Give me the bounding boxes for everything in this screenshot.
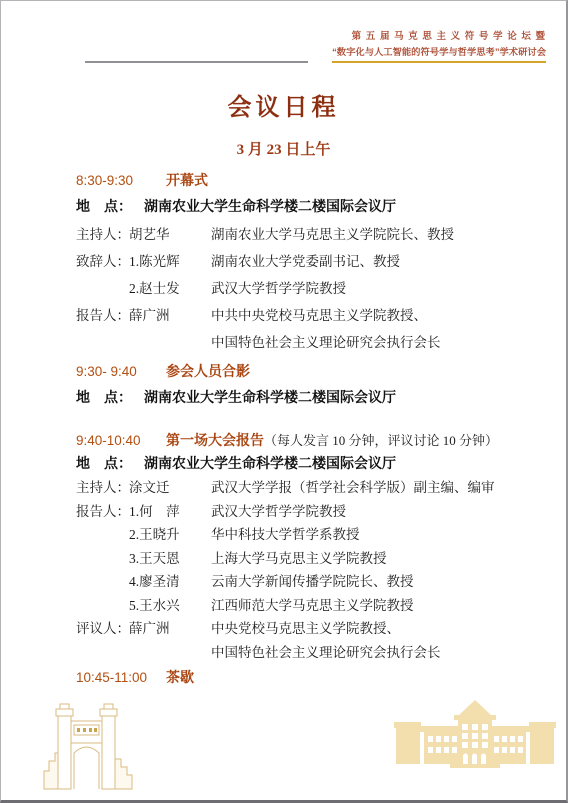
role-label (76, 329, 129, 356)
session-block: 9:30- 9:40参会人员合影地 点：湖南农业大学生命科学楼二楼国际会议厅 (76, 358, 546, 412)
location-label: 地 点： (76, 453, 144, 477)
role-label: 评议人： (76, 617, 129, 641)
page-title: 会议日程 (1, 87, 566, 122)
document-page: 第 五 届 马 克 思 主 义 符 号 学 论 坛 暨 “数字化与人工智能的符号… (0, 0, 568, 803)
person-row: 3.王天恩上海大学马克思主义学院教授 (76, 547, 546, 571)
session-header: 9:30- 9:40参会人员合影 (76, 358, 546, 385)
person-name: 1.陈光辉 (129, 248, 211, 275)
location-label: 地 点： (76, 194, 144, 221)
person-row: 5.王水兴江西师范大学马克思主义学院教授 (76, 594, 546, 618)
person-desc: 江西师范大学马克思主义学院教授 (211, 594, 546, 618)
person-name: 2.王晓升 (129, 523, 211, 547)
session-time: 10:45-11:00 (76, 664, 166, 691)
person-row: 中国特色社会主义理论研究会执行会长 (76, 641, 546, 665)
role-label (76, 275, 129, 302)
role-label: 报告人： (76, 500, 129, 524)
person-row: 评议人：薛广洲中央党校马克思主义学院教授、 (76, 617, 546, 641)
person-desc: 中央党校马克思主义学院教授、 (211, 617, 546, 641)
role-label (76, 594, 129, 618)
person-name (129, 641, 211, 665)
schedule-content: 8:30-9:30开幕式地 点：湖南农业大学生命科学楼二楼国际会议厅主持人：胡艺… (76, 167, 546, 691)
person-name: 1.何 萍 (129, 500, 211, 524)
role-label: 致辞人： (76, 248, 129, 275)
role-label (76, 523, 129, 547)
person-name: 涂文迁 (129, 476, 211, 500)
location-text: 湖南农业大学生命科学楼二楼国际会议厅 (144, 385, 396, 412)
date-heading: 3 月 23 日上午 (1, 138, 566, 159)
role-label: 主持人： (76, 221, 129, 248)
person-name: 2.赵士发 (129, 275, 211, 302)
session-block: 8:30-9:30开幕式地 点：湖南农业大学生命科学楼二楼国际会议厅主持人：胡艺… (76, 167, 546, 356)
person-name: 3.王天恩 (129, 547, 211, 571)
person-row: 致辞人：1.陈光辉湖南农业大学党委副书记、教授 (76, 248, 546, 275)
person-desc: 湖南农业大学党委副书记、教授 (211, 248, 546, 275)
session-title: 第一场大会报告 (166, 429, 264, 453)
header-gray-divider (85, 61, 308, 63)
session-time: 9:40-10:40 (76, 429, 166, 453)
session-title: 开幕式 (166, 167, 208, 194)
location-row: 地 点：湖南农业大学生命科学楼二楼国际会议厅 (76, 194, 546, 221)
location-row: 地 点：湖南农业大学生命科学楼二楼国际会议厅 (76, 385, 546, 412)
session-note: （每人发言 10 分钟，评议讨论 10 分钟） (264, 429, 498, 453)
person-name: 5.王水兴 (129, 594, 211, 618)
person-name: 胡艺华 (129, 221, 211, 248)
location-text: 湖南农业大学生命科学楼二楼国际会议厅 (144, 453, 396, 477)
person-desc: 云南大学新闻传播学院院长、教授 (211, 570, 546, 594)
person-desc: 武汉大学哲学学院教授 (211, 275, 546, 302)
location-label: 地 点： (76, 385, 144, 412)
role-label (76, 641, 129, 665)
person-row: 中国特色社会主义理论研究会执行会长 (76, 329, 546, 356)
session-title: 茶歇 (166, 664, 194, 691)
person-row: 4.廖圣清云南大学新闻传播学院院长、教授 (76, 570, 546, 594)
person-name (129, 329, 211, 356)
person-desc: 华中科技大学哲学系教授 (211, 523, 546, 547)
person-row: 2.王晓升华中科技大学哲学系教授 (76, 523, 546, 547)
forum-title-line1: 第 五 届 马 克 思 主 义 符 号 学 论 坛 暨 (332, 28, 546, 42)
person-desc: 中共中央党校马克思主义学院教授、 (211, 302, 546, 329)
person-desc: 上海大学马克思主义学院教授 (211, 547, 546, 571)
session-header: 10:45-11:00茶歇 (76, 664, 546, 691)
person-name: 薛广洲 (129, 617, 211, 641)
location-row: 地 点：湖南农业大学生命科学楼二楼国际会议厅 (76, 453, 546, 477)
person-row: 主持人：涂文迁武汉大学学报（哲学社会科学版）副主编、编审 (76, 476, 546, 500)
person-row: 主持人：胡艺华湖南农业大学马克思主义学院院长、教授 (76, 221, 546, 248)
forum-title-line2: “数字化与人工智能的符号学与哲学思考”学术研讨会 (332, 44, 546, 58)
person-desc: 武汉大学哲学学院教授 (211, 500, 546, 524)
session-block: 9:40-10:40第一场大会报告（每人发言 10 分钟，评议讨论 10 分钟）… (76, 429, 546, 664)
university-building-illustration (394, 694, 556, 779)
role-label (76, 547, 129, 571)
role-label: 主持人： (76, 476, 129, 500)
session-title: 参会人员合影 (166, 358, 250, 385)
role-label (76, 570, 129, 594)
university-gate-illustration (41, 701, 146, 793)
person-row: 报告人：1.何 萍武汉大学哲学学院教授 (76, 500, 546, 524)
session-time: 9:30- 9:40 (76, 358, 166, 385)
role-label: 报告人： (76, 302, 129, 329)
session-header: 9:40-10:40第一场大会报告（每人发言 10 分钟，评议讨论 10 分钟） (76, 429, 546, 453)
person-name: 薛广洲 (129, 302, 211, 329)
person-name: 4.廖圣清 (129, 570, 211, 594)
person-desc: 武汉大学学报（哲学社会科学版）副主编、编审 (211, 476, 546, 500)
session-header: 8:30-9:30开幕式 (76, 167, 546, 194)
person-row: 2.赵士发武汉大学哲学学院教授 (76, 275, 546, 302)
person-desc: 湖南农业大学马克思主义学院院长、教授 (211, 221, 546, 248)
session-block: 10:45-11:00茶歇 (76, 664, 546, 691)
location-text: 湖南农业大学生命科学楼二楼国际会议厅 (144, 194, 396, 221)
session-time: 8:30-9:30 (76, 167, 166, 194)
person-desc: 中国特色社会主义理论研究会执行会长 (211, 641, 546, 665)
person-desc: 中国特色社会主义理论研究会执行会长 (211, 329, 546, 356)
page-header: 第 五 届 马 克 思 主 义 符 号 学 论 坛 暨 “数字化与人工智能的符号… (332, 28, 546, 63)
person-row: 报告人：薛广洲中共中央党校马克思主义学院教授、 (76, 302, 546, 329)
